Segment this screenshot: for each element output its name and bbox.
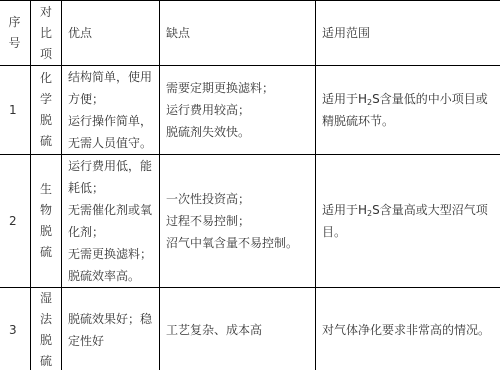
row-seq: 2 — [0, 155, 31, 288]
pros-line: 定性好 — [68, 330, 153, 352]
row-pros: 脱硫效果好；稳 定性好 — [62, 288, 160, 370]
desulfurization-comparison-table: 序 号 对 比 项 优点 缺点 适用范围 1 化 学 脱 硫 结构简单，使用 方… — [0, 0, 500, 370]
method-char: 湿 — [31, 288, 61, 309]
row-seq: 1 — [0, 66, 31, 155]
header-compare-char: 项 — [31, 44, 61, 65]
method-char: 生 — [31, 179, 61, 200]
header-seq: 序 号 — [0, 1, 31, 66]
header-scope: 适用范围 — [316, 1, 500, 66]
row-scope: 对气体净化要求非常高的情况。 — [316, 288, 500, 370]
header-compare-char: 对 — [31, 2, 61, 23]
pros-line: 结构简单，使用 — [68, 66, 153, 88]
cons-line: 运行费用较高； — [166, 99, 309, 121]
header-cons: 缺点 — [160, 1, 316, 66]
scope-text-pre: 对气体净化要求非常高的情况。 — [322, 323, 490, 337]
pros-line: 脱硫效率高。 — [68, 265, 153, 287]
method-char: 脱 — [31, 110, 61, 131]
row-scope: 适用于H2S含量高或大型沼气项目。 — [316, 155, 500, 288]
header-compare-char: 比 — [31, 23, 61, 44]
row-pros: 结构简单，使用 方便； 运行操作简单， 无需人员值守。 — [62, 66, 160, 155]
header-row: 序 号 对 比 项 优点 缺点 适用范围 — [0, 1, 500, 66]
scope-text-pre: 适用于H — [322, 203, 367, 217]
header-compare-item: 对 比 项 — [31, 1, 62, 66]
scope-text-pre: 适用于H — [322, 92, 367, 106]
method-char: 硫 — [31, 242, 61, 263]
row-pros: 运行费用低，能 耗低； 无需催化剂或氧 化剂； 无需更换滤料； 脱硫效率高。 — [62, 155, 160, 288]
row-seq: 3 — [0, 288, 31, 370]
row-method: 生 物 脱 硫 — [31, 155, 62, 288]
cons-line: 沼气中氧含量不易控制。 — [166, 232, 309, 254]
method-char: 物 — [31, 200, 61, 221]
method-char: 学 — [31, 89, 61, 110]
pros-line: 耗低； — [68, 177, 153, 199]
table-row: 3 湿 法 脱 硫 脱硫效果好；稳 定性好 工艺复杂、成本高 对气体净化要求非常… — [0, 288, 500, 370]
header-pros: 优点 — [62, 1, 160, 66]
method-char: 脱 — [31, 221, 61, 242]
row-method: 湿 法 脱 硫 — [31, 288, 62, 370]
method-char: 法 — [31, 309, 61, 330]
pros-line: 无需人员值守。 — [68, 132, 153, 154]
row-scope: 适用于H2S含量低的中小项目或精脱硫环节。 — [316, 66, 500, 155]
table-row: 1 化 学 脱 硫 结构简单，使用 方便； 运行操作简单， 无需人员值守。 需要… — [0, 66, 500, 155]
table-row: 2 生 物 脱 硫 运行费用低，能 耗低； 无需催化剂或氧 化剂； 无需更换滤料… — [0, 155, 500, 288]
row-cons: 工艺复杂、成本高 — [160, 288, 316, 370]
method-char: 硫 — [31, 351, 61, 370]
cons-line: 需要定期更换滤料； — [166, 77, 309, 99]
header-seq-char: 序 — [0, 12, 30, 33]
method-char: 化 — [31, 68, 61, 89]
pros-line: 化剂； — [68, 221, 153, 243]
cons-line: 过程不易控制； — [166, 210, 309, 232]
pros-line: 无需催化剂或氧 — [68, 199, 153, 221]
pros-line: 运行操作简单， — [68, 110, 153, 132]
row-method: 化 学 脱 硫 — [31, 66, 62, 155]
cons-line: 脱硫剂失效快。 — [166, 121, 309, 143]
cons-line: 工艺复杂、成本高 — [166, 319, 309, 341]
pros-line: 方便； — [68, 88, 153, 110]
cons-line: 一次性投资高； — [166, 188, 309, 210]
method-char: 硫 — [31, 131, 61, 152]
pros-line: 运行费用低，能 — [68, 155, 153, 177]
pros-line: 无需更换滤料； — [68, 243, 153, 265]
row-cons: 一次性投资高； 过程不易控制； 沼气中氧含量不易控制。 — [160, 155, 316, 288]
method-char: 脱 — [31, 330, 61, 351]
row-cons: 需要定期更换滤料； 运行费用较高； 脱硫剂失效快。 — [160, 66, 316, 155]
header-seq-char: 号 — [0, 33, 30, 54]
pros-line: 脱硫效果好；稳 — [68, 308, 153, 330]
